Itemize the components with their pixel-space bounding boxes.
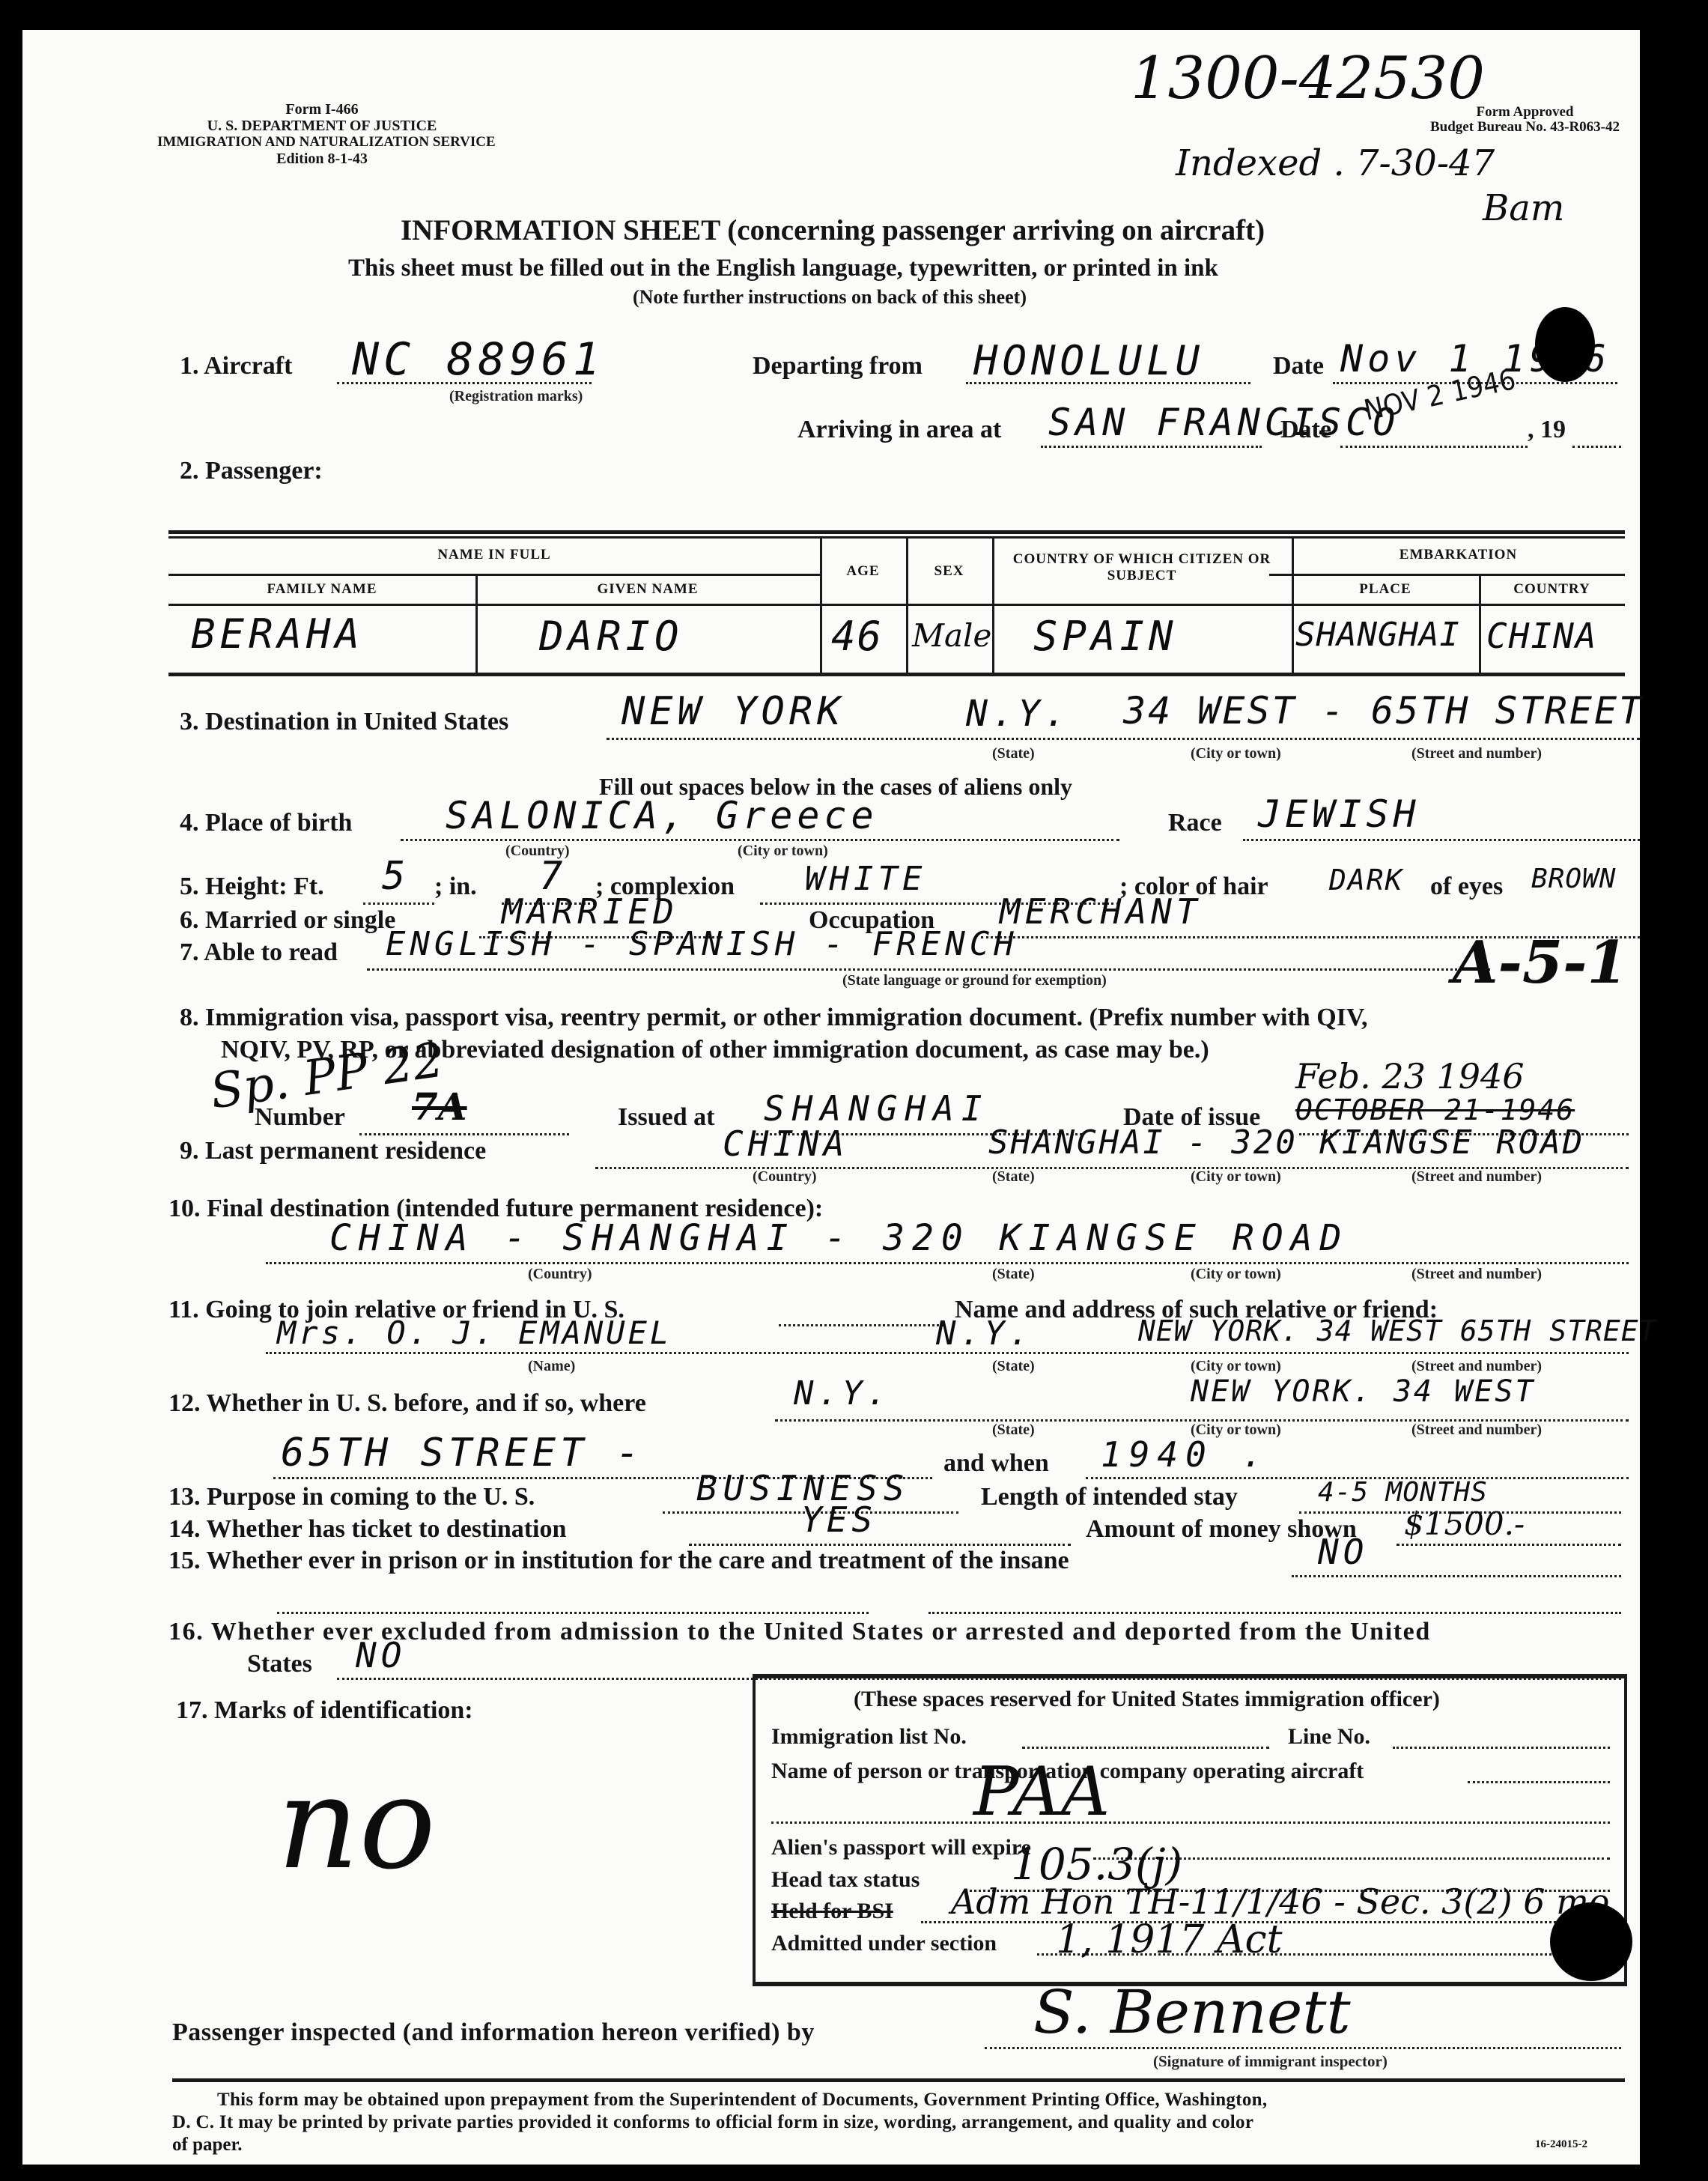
- admitted-section-label: Admitted under section: [771, 1931, 997, 1956]
- company-line-2: [771, 1821, 1610, 1824]
- header-country: COUNTRY: [1479, 581, 1625, 598]
- embark-place-value[interactable]: SHANGHAI: [1295, 616, 1460, 654]
- number-line: [359, 1133, 569, 1135]
- destination-state[interactable]: N.Y.: [966, 693, 1071, 735]
- ticket-label: 14. Whether has ticket to destination: [168, 1515, 566, 1544]
- issue-date-correction: Feb. 23 1946: [1295, 1056, 1525, 1096]
- caption-city: (City or town): [738, 843, 828, 860]
- header-citizenship: COUNTRY OF WHICH CITIZEN OR SUBJECT: [1000, 551, 1284, 584]
- eyes-value[interactable]: BROWN: [1531, 864, 1616, 894]
- department-name: U. S. DEPARTMENT OF JUSTICE: [157, 118, 487, 134]
- prior-visit-street[interactable]: 65TH STREET -: [281, 1431, 644, 1475]
- caption-street: (Street and number): [1411, 1358, 1542, 1375]
- registration-caption: (Registration marks): [449, 388, 583, 405]
- caption-street: (Street and number): [1411, 1422, 1542, 1439]
- handwritten-file-number: 1300-42530: [1131, 45, 1485, 112]
- destination-label: 3. Destination in United States: [180, 708, 508, 736]
- literacy-line: [367, 968, 1490, 971]
- header-bottom-rule: [168, 604, 1625, 606]
- race-value[interactable]: JEWISH: [1258, 792, 1420, 836]
- document-label-line1: 8. Immigration visa, passport visa, reen…: [180, 1004, 1368, 1032]
- arrival-date-line: [1340, 446, 1528, 448]
- caption-state: (State): [992, 1358, 1035, 1375]
- aircraft-value[interactable]: NC 88961: [352, 333, 604, 386]
- number-label: Number: [255, 1103, 345, 1132]
- form-header-block: Form I-466 U. S. DEPARTMENT OF JUSTICE I…: [157, 101, 487, 167]
- destination-city[interactable]: NEW YORK: [621, 689, 845, 734]
- indexed-note: Indexed . 7-30-47: [1176, 142, 1495, 184]
- arrival-date-label: Date: [1280, 416, 1331, 444]
- signature-line: [985, 2047, 1621, 2049]
- number-value[interactable]: 7A: [412, 1085, 467, 1129]
- page-title: INFORMATION SHEET (concerning passenger …: [401, 213, 1265, 247]
- caption-state: (State): [992, 1168, 1035, 1186]
- last-residence-country[interactable]: CHINA: [723, 1123, 848, 1164]
- prison-extra-line-2: [929, 1612, 1621, 1614]
- signature-caption: (Signature of immigrant inspector): [1153, 2052, 1388, 2071]
- list-no-line: [1022, 1747, 1269, 1749]
- footer-text-line1: This form may be obtained upon prepaymen…: [217, 2090, 1267, 2111]
- stay-value[interactable]: 4-5 MONTHS: [1318, 1477, 1488, 1508]
- money-line: [1397, 1544, 1621, 1546]
- head-tax-label: Head tax status: [771, 1867, 920, 1893]
- ticket-line: [689, 1544, 1071, 1546]
- service-name: IMMIGRATION AND NATURALIZATION SERVICE: [157, 134, 487, 151]
- held-for-bsi-label: Held for BSI: [771, 1899, 893, 1924]
- caption-country: (Country): [528, 1266, 592, 1283]
- edition: Edition 8-1-43: [157, 151, 487, 167]
- company-line: [1468, 1781, 1610, 1783]
- race-line: [1243, 839, 1640, 841]
- citizenship-value[interactable]: SPAIN: [1033, 613, 1178, 660]
- occupation-value[interactable]: MERCHANT: [1000, 891, 1202, 932]
- marks-label: 17. Marks of identification:: [176, 1696, 473, 1725]
- excluded-label-line2: States: [247, 1650, 312, 1678]
- literacy-code: A-5-1: [1453, 929, 1628, 997]
- form-approval: Form Approved Budget Bureau No. 43-R063-…: [1430, 105, 1620, 135]
- form-page: Form I-466 U. S. DEPARTMENT OF JUSTICE I…: [22, 30, 1640, 2165]
- header-family-name: FAMILY NAME: [168, 581, 475, 598]
- prior-visit-when-value[interactable]: 1940 .: [1101, 1434, 1270, 1475]
- relative-state[interactable]: N.Y.: [936, 1314, 1033, 1353]
- col-divider: [992, 536, 994, 673]
- marks-value[interactable]: no: [277, 1760, 436, 1887]
- departing-label: Departing from: [753, 352, 923, 380]
- table-top-rule: [168, 530, 1625, 534]
- literacy-caption: (State language or ground for exemption): [842, 972, 1107, 989]
- birthplace-label: 4. Place of birth: [180, 809, 352, 837]
- initials-note: Bam: [1483, 187, 1564, 229]
- money-value[interactable]: $1500.-: [1404, 1505, 1525, 1542]
- height-inches-label: ; in.: [434, 873, 477, 901]
- money-label: Amount of money shown: [1086, 1515, 1357, 1544]
- name-header-divider: [168, 574, 820, 576]
- caption-street: (Street and number): [1411, 745, 1542, 762]
- caption-name: (Name): [528, 1358, 575, 1375]
- footer-text-line3: of paper.: [172, 2135, 243, 2156]
- literacy-label: 7. Able to read: [180, 938, 338, 967]
- form-approved-text: Form Approved: [1430, 105, 1620, 120]
- list-no-label: Immigration list No.: [771, 1724, 967, 1750]
- destination-line: [607, 738, 1640, 740]
- caption-street: (Street and number): [1411, 1266, 1542, 1283]
- purpose-label: 13. Purpose in coming to the U. S.: [168, 1483, 535, 1511]
- footer-rule: [172, 2078, 1625, 2082]
- complexion-value[interactable]: WHITE: [805, 860, 926, 898]
- prison-line: [1292, 1575, 1621, 1577]
- birthplace-value[interactable]: SALONICA, Greece: [446, 794, 878, 837]
- footer-text-line2: D. C. It may be printed by private parti…: [172, 2112, 1253, 2133]
- redaction-blot: [1550, 1902, 1632, 1981]
- table-bottom-rule: [168, 673, 1625, 676]
- arriving-value[interactable]: SAN FRANCISCO: [1048, 401, 1399, 444]
- arrival-year-suffix: , 19: [1528, 416, 1566, 444]
- relative-name[interactable]: Mrs. O. J. EMANUEL: [277, 1314, 672, 1351]
- caption-state: (State): [992, 1266, 1035, 1283]
- excluded-value[interactable]: NO: [356, 1635, 406, 1675]
- final-destination-line: [266, 1262, 1629, 1264]
- col-divider: [820, 536, 822, 673]
- prison-extra-line-1: [277, 1612, 869, 1614]
- height-feet-value[interactable]: 5: [382, 854, 410, 899]
- issued-at-value[interactable]: SHANGHAI: [764, 1088, 990, 1129]
- sex-value[interactable]: Male: [912, 617, 991, 654]
- line-no-line: [1393, 1747, 1610, 1749]
- header-sex: SEX: [906, 563, 992, 580]
- caption-street: (Street and number): [1411, 1168, 1542, 1186]
- issued-at-label: Issued at: [618, 1103, 714, 1132]
- caption-state: (State): [992, 1422, 1035, 1439]
- departing-value[interactable]: HONOLULU: [973, 337, 1204, 384]
- given-name-value[interactable]: DARIO: [539, 613, 684, 660]
- caption-state: (State): [992, 745, 1035, 762]
- company-value[interactable]: PAA: [973, 1753, 1110, 1831]
- stay-label: Length of intended stay: [981, 1483, 1238, 1511]
- prison-value[interactable]: NO: [1318, 1532, 1368, 1572]
- embark-country-value[interactable]: CHINA: [1486, 616, 1597, 656]
- issue-date-value[interactable]: OCTOBER 21-1946: [1295, 1093, 1575, 1126]
- aircraft-label: 1. Aircraft: [180, 352, 292, 380]
- relative-yes-line: [779, 1324, 943, 1326]
- final-destination-value[interactable]: CHINA - SHANGHAI - 320 KIANGSE ROAD: [329, 1217, 1349, 1259]
- departure-date-label: Date: [1273, 352, 1324, 380]
- family-name-value[interactable]: BERAHA: [191, 610, 364, 658]
- destination-street[interactable]: 34 WEST - 65TH STREET: [1123, 689, 1644, 732]
- admitted-section-value[interactable]: 1, 1917 Act: [1056, 1917, 1283, 1962]
- passport-expire-label: Alien's passport will expire: [771, 1835, 1031, 1860]
- held-for-bsi-value[interactable]: Adm Hon TH-11/1/46 - Sec. 3(2) 6 mo: [951, 1881, 1609, 1922]
- caption-city: (City or town): [1191, 1358, 1281, 1375]
- inspector-signature: S. Bennett: [1033, 1977, 1351, 2047]
- caption-city: (City or town): [1191, 1266, 1281, 1283]
- instructions-note: (Note further instructions on back of th…: [633, 286, 1027, 309]
- header-given-name: GIVEN NAME: [475, 581, 820, 598]
- arriving-field-line: [1041, 446, 1262, 448]
- col-divider: [906, 536, 908, 673]
- last-residence-label: 9. Last permanent residence: [180, 1137, 486, 1165]
- caption-city: (City or town): [1191, 1168, 1281, 1186]
- inspection-label: Passenger inspected (and information her…: [172, 2018, 815, 2047]
- prior-visit-state[interactable]: N.Y.: [794, 1374, 891, 1413]
- ticket-value[interactable]: YES: [801, 1499, 877, 1540]
- embarkation-header-divider: [1269, 574, 1625, 576]
- race-label: Race: [1168, 809, 1222, 837]
- table-top-rule-2: [168, 536, 1625, 539]
- prior-visit-label: 12. Whether in U. S. before, and if so, …: [168, 1389, 646, 1418]
- redaction-blot: [1535, 307, 1595, 382]
- page-subtitle: This sheet must be filled out in the Eng…: [348, 255, 1218, 282]
- print-code: 16-24015-2: [1535, 2138, 1587, 2151]
- eyes-label: of eyes: [1430, 873, 1503, 901]
- arriving-label: Arriving in area at: [797, 416, 1001, 444]
- arrival-year-line: [1572, 446, 1621, 448]
- header-name-in-full: NAME IN FULL: [168, 547, 820, 563]
- header-age: AGE: [820, 563, 906, 580]
- header-embarkation: EMBARKATION: [1292, 547, 1625, 563]
- age-value[interactable]: 46: [831, 613, 883, 660]
- literacy-value[interactable]: ENGLISH - SPANISH - FRENCH: [386, 925, 1018, 963]
- prior-visit-when-label: and when: [943, 1449, 1049, 1478]
- budget-bureau-number: Budget Bureau No. 43-R063-42: [1430, 120, 1620, 135]
- form-number: Form I-466: [157, 101, 487, 118]
- passenger-label: 2. Passenger:: [180, 457, 323, 485]
- prior-visit-city[interactable]: NEW YORK. 34 WEST: [1191, 1374, 1535, 1409]
- height-feet-label: 5. Height: Ft.: [180, 873, 324, 901]
- birthplace-line: [401, 839, 1119, 841]
- last-residence-city-street[interactable]: SHANGHAI - 320 KIANGSE ROAD: [988, 1123, 1584, 1162]
- height-feet-line: [363, 903, 434, 905]
- officer-box-heading: (These spaces reserved for United States…: [854, 1687, 1440, 1712]
- relative-address[interactable]: NEW YORK. 34 WEST 65TH STREET: [1138, 1314, 1656, 1347]
- header-place: PLACE: [1292, 581, 1479, 598]
- line-no-label: Line No.: [1288, 1724, 1370, 1750]
- prison-label: 15. Whether ever in prison or in institu…: [168, 1547, 1069, 1575]
- caption-city: (City or town): [1191, 745, 1281, 762]
- marital-label: 6. Married or single: [180, 906, 395, 935]
- caption-country: (Country): [753, 1168, 817, 1186]
- hair-value[interactable]: DARK: [1329, 864, 1404, 897]
